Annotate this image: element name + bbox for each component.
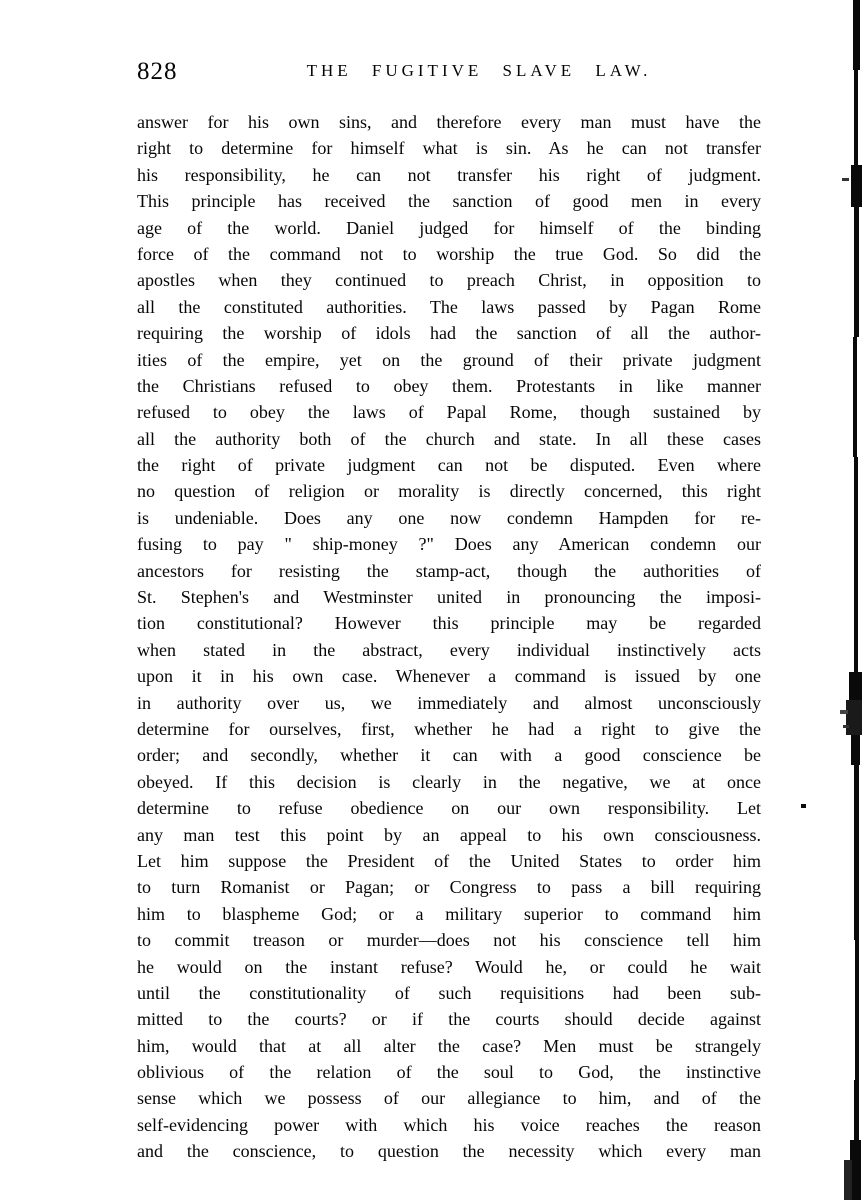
text-line: no question of religion or morality is d… xyxy=(137,478,761,504)
text-line: all the authority both of the church and… xyxy=(137,426,761,452)
text-line: determine for ourselves, first, whether … xyxy=(137,716,761,742)
book-page: 828 THE FUGITIVE SLAVE LAW. answer for h… xyxy=(0,0,868,1200)
text-line: when stated in the abstract, every indiv… xyxy=(137,637,761,663)
text-line: until the constitutionality of such requ… xyxy=(137,980,761,1006)
text-line: Let him suppose the President of the Uni… xyxy=(137,848,761,874)
text-line: age of the world. Daniel judged for hims… xyxy=(137,215,761,241)
text-line: answer for his own sins, and therefore e… xyxy=(137,109,761,135)
text-line: him, would that at all alter the case? M… xyxy=(137,1033,761,1059)
scan-edge-artifact xyxy=(840,0,868,1200)
page-header: 828 THE FUGITIVE SLAVE LAW. xyxy=(137,58,761,88)
text-line: St. Stephen's and Westminster united in … xyxy=(137,584,761,610)
scan-speck-artifact xyxy=(801,804,806,808)
text-line: ancestors for resisting the stamp-act, t… xyxy=(137,558,761,584)
text-line: oblivious of the relation of the soul to… xyxy=(137,1059,761,1085)
text-line: fusing to pay " ship-money ?" Does any A… xyxy=(137,531,761,557)
text-line: obeyed. If this decision is clearly in t… xyxy=(137,769,761,795)
text-line: tion constitutional? However this princi… xyxy=(137,610,761,636)
text-line: requiring the worship of idols had the s… xyxy=(137,320,761,346)
text-line: the Christians refused to obey them. Pro… xyxy=(137,373,761,399)
text-line: self-evidencing power with which his voi… xyxy=(137,1112,761,1138)
page-number: 828 xyxy=(137,58,178,86)
text-line: ities of the empire, yet on the ground o… xyxy=(137,347,761,373)
text-line: the right of private judgment can not be… xyxy=(137,452,761,478)
text-line: his responsibility, he can not transfer … xyxy=(137,162,761,188)
text-line: to turn Romanist or Pagan; or Congress t… xyxy=(137,874,761,900)
text-line: refused to obey the laws of Papal Rome, … xyxy=(137,399,761,425)
body-text: answer for his own sins, and therefore e… xyxy=(137,109,761,1165)
text-line: him to blaspheme God; or a military supe… xyxy=(137,901,761,927)
text-line: is undeniable. Does any one now condemn … xyxy=(137,505,761,531)
text-line: apostles when they continued to preach C… xyxy=(137,267,761,293)
text-line: mitted to the courts? or if the courts s… xyxy=(137,1006,761,1032)
text-line: determine to refuse obedience on our own… xyxy=(137,795,761,821)
text-line: right to determine for himself what is s… xyxy=(137,135,761,161)
text-line: all the constituted authorities. The law… xyxy=(137,294,761,320)
text-line: force of the command not to worship the … xyxy=(137,241,761,267)
text-line: order; and secondly, whether it can with… xyxy=(137,742,761,768)
text-line: any man test this point by an appeal to … xyxy=(137,822,761,848)
running-title: THE FUGITIVE SLAVE LAW. xyxy=(197,61,761,81)
text-line: and the conscience, to question the nece… xyxy=(137,1138,761,1164)
text-line: upon it in his own case. Whenever a comm… xyxy=(137,663,761,689)
text-line: This principle has received the sanction… xyxy=(137,188,761,214)
text-line: he would on the instant refuse? Would he… xyxy=(137,954,761,980)
text-line: sense which we possess of our allegiance… xyxy=(137,1085,761,1111)
text-line: to commit treason or murder—does not his… xyxy=(137,927,761,953)
text-line: in authority over us, we immediately and… xyxy=(137,690,761,716)
